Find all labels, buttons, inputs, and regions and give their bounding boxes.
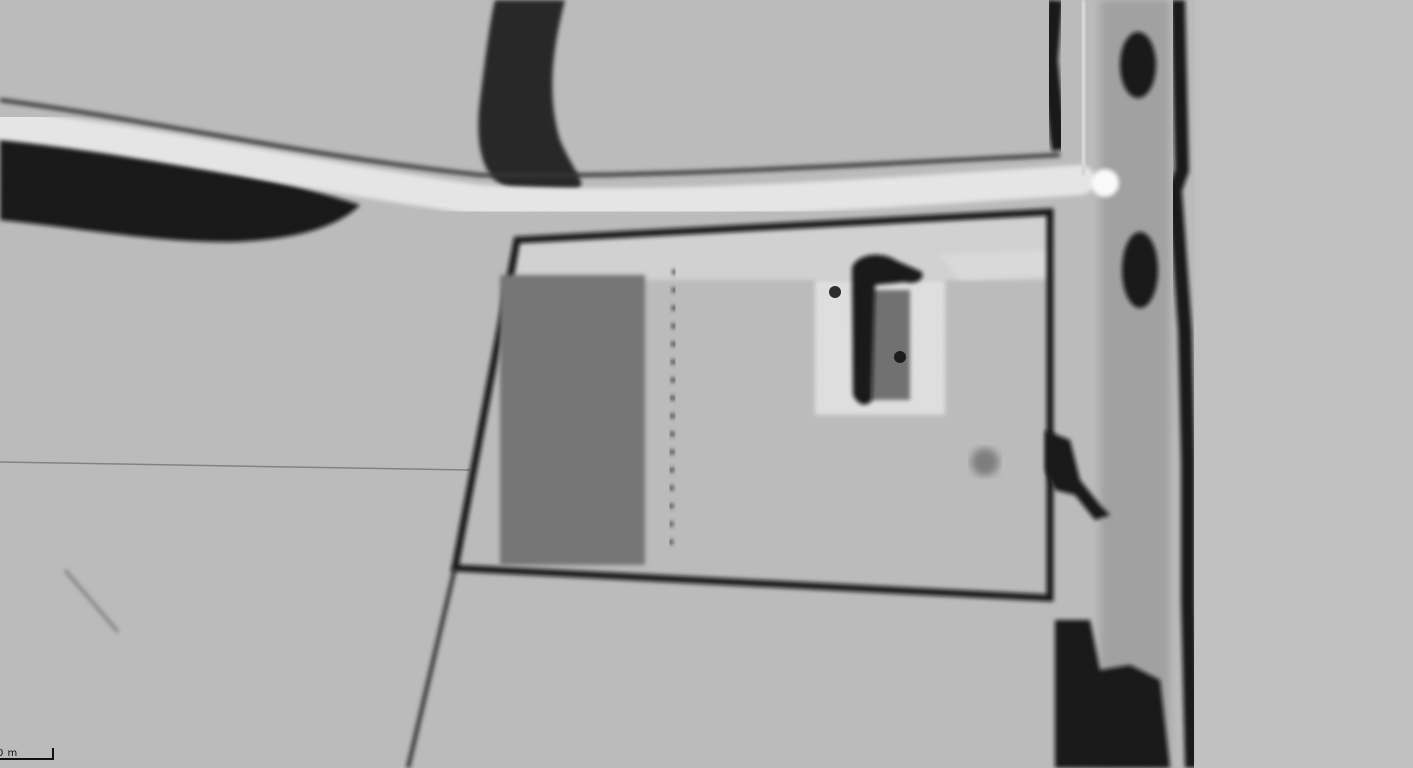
grain-overlay: [0, 0, 1413, 768]
scale-label: 0 m: [0, 749, 18, 759]
aerial-map[interactable]: [0, 0, 1413, 768]
